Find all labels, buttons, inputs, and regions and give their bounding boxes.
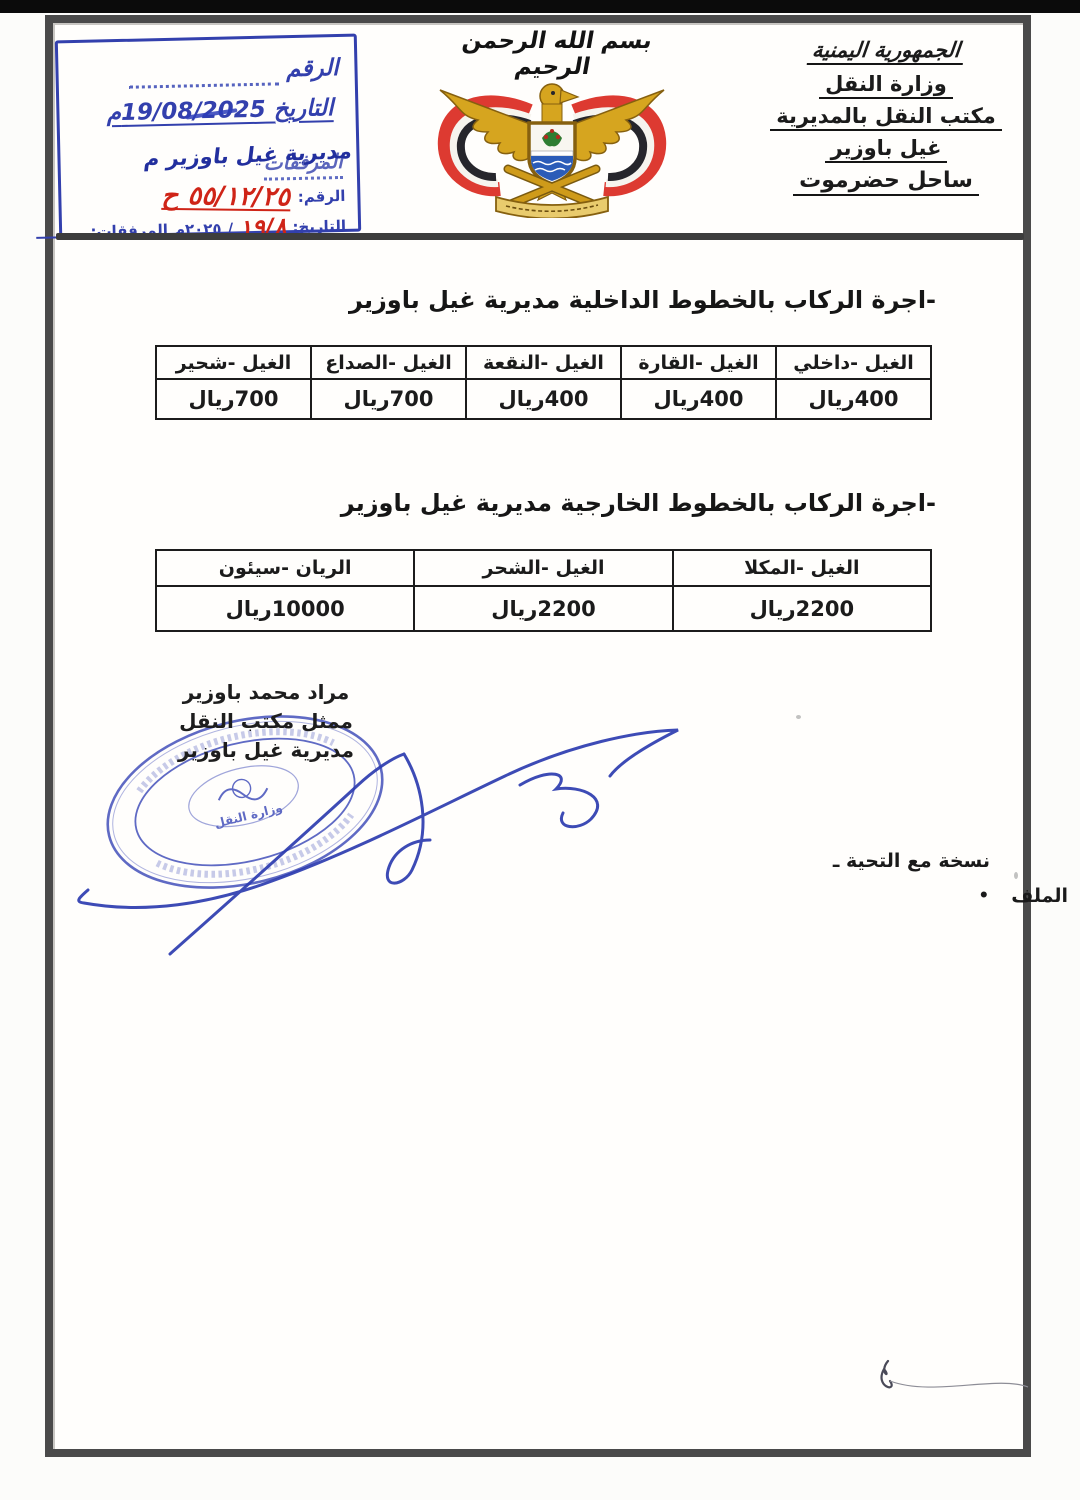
ink-speck — [796, 715, 801, 719]
scan-edge-strip — [0, 0, 1080, 13]
fare-cell: 400ريال — [621, 379, 776, 419]
cc-list-item: الملف • — [833, 885, 1068, 907]
signatory-name: مراد محمد باوزير — [148, 678, 384, 707]
ref-number-label: الرقم: — [297, 187, 345, 206]
cc-item-text: الملف — [1011, 885, 1068, 907]
ink-speck — [1014, 872, 1018, 879]
letterhead-right: الجمهورية اليمنية وزارة النقل مكتب النقل… — [756, 40, 1016, 203]
stamp-center-text: وزارة النقل — [213, 800, 284, 831]
column-header: الغيل -القارة — [621, 346, 776, 379]
fare-cell: 2200ريال — [673, 586, 931, 631]
registry-number-label: الرقم — [286, 55, 339, 82]
district-name: غيل باوزير — [825, 138, 948, 163]
office-name: مكتب النقل بالمديرية — [770, 106, 1002, 131]
header-divider-line — [56, 233, 1024, 240]
country-name: الجمهورية اليمنية — [807, 40, 965, 65]
bullet-icon: • — [978, 886, 989, 906]
external-fares-table: الغيل -المكلا الغيل -الشحر الريان -سيئون… — [155, 549, 932, 632]
fare-cell: 400ريال — [466, 379, 621, 419]
column-header: الغيل -داخلي — [776, 346, 931, 379]
fare-cell: 10000ريال — [156, 586, 414, 631]
pen-squiggle-mark — [848, 1335, 1038, 1415]
external-fares-title: -اجرة الركاب بالخطوط الخارجية مديرية غيل… — [341, 489, 936, 517]
fare-cell: 700ريال — [156, 379, 311, 419]
internal-fares-title: -اجرة الركاب بالخطوط الداخلية مديرية غيل… — [349, 286, 936, 314]
table-value-row: 400ريال 400ريال 400ريال 700ريال 700ريال — [156, 379, 931, 419]
fare-cell: 2200ريال — [414, 586, 672, 631]
fare-cell: 700ريال — [311, 379, 466, 419]
internal-fares-table: الغيل -داخلي الغيل -القارة الغيل -النقعة… — [155, 345, 932, 420]
region-name: ساحل حضرموت — [793, 170, 979, 196]
signatory-role: ممثل مكتب النقل — [148, 707, 384, 736]
ministry-name: وزارة النقل — [819, 74, 953, 99]
ref-number-handwritten: ٥٥/١٢/٢٥ ح — [161, 185, 290, 212]
registry-number-dotted-line — [129, 82, 279, 88]
column-header: الغيل -النقعة — [466, 346, 621, 379]
column-header: الريان -سيئون — [156, 550, 414, 586]
column-header: الغيل -الشحر — [414, 550, 672, 586]
registry-ref-number-line: الرقم: ٥٥/١٢/٢٥ ح — [161, 183, 346, 213]
cc-note: نسخة مع التحية ـ الملف • — [833, 850, 990, 907]
cc-greeting: نسخة مع التحية ـ — [833, 850, 990, 872]
yemen-coat-of-arms-icon — [432, 66, 672, 218]
registry-stamp-box: الرقم التاريخ 19/08/2025م المرفقات مديري… — [55, 34, 361, 239]
table-header-row: الغيل -داخلي الغيل -القارة الغيل -النقعة… — [156, 346, 931, 379]
column-header: الغيل -المكلا — [673, 550, 931, 586]
signatory-block: مراد محمد باوزير ممثل مكتب النقل مديرية … — [148, 678, 384, 765]
signatory-office: مديرية غيل باوزير — [148, 736, 384, 765]
table-header-row: الغيل -المكلا الغيل -الشحر الريان -سيئون — [156, 550, 931, 586]
fare-cell: 400ريال — [776, 379, 931, 419]
column-header: الغيل -الصداع — [311, 346, 466, 379]
table-value-row: 2200ريال 2200ريال 10000ريال — [156, 586, 931, 631]
column-header: الغيل -شحير — [156, 346, 311, 379]
